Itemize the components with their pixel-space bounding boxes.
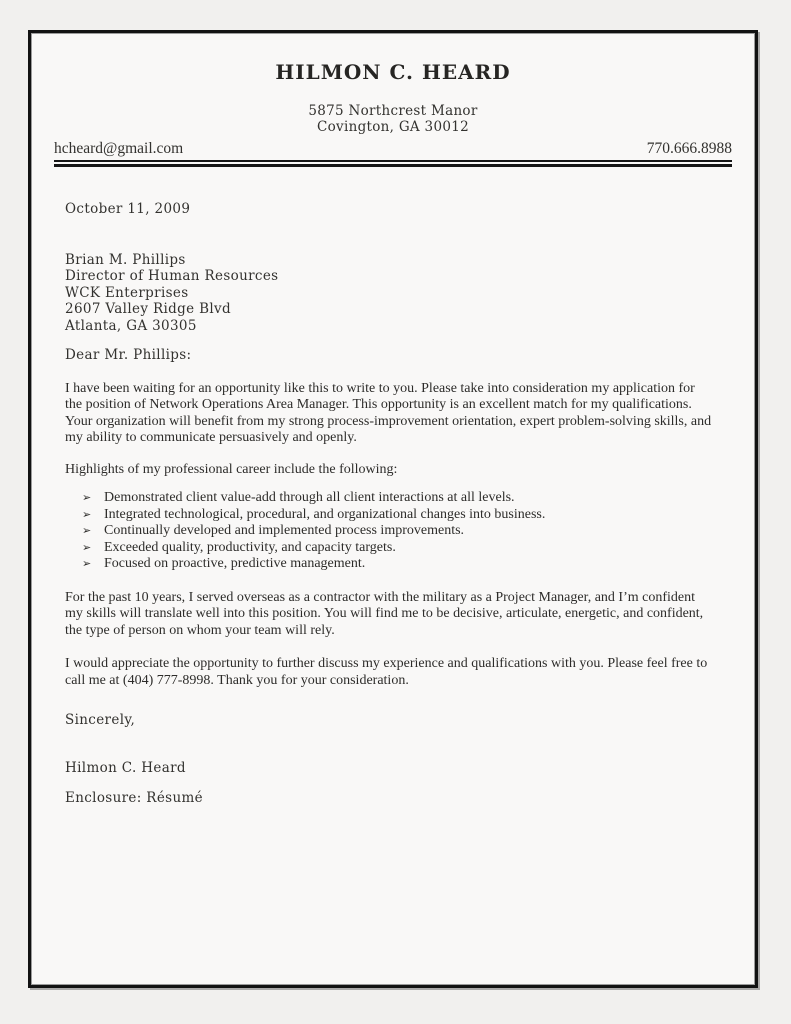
page-content: HILMON C. HEARD 5875 Northcrest Manor Co… [32, 34, 754, 984]
sender-phone: 770.666.8988 [647, 140, 732, 157]
letter-date: October 11, 2009 [65, 201, 712, 218]
list-item: ➢ Demonstrated client value-add through … [65, 490, 712, 507]
arrow-bullet-icon: ➢ [82, 490, 91, 507]
list-item: ➢ Exceeded quality, productivity, and ca… [65, 540, 712, 557]
sender-email: hcheard@gmail.com [54, 140, 183, 157]
arrow-bullet-icon: ➢ [82, 556, 91, 573]
sender-name: HILMON C. HEARD [54, 60, 732, 84]
paragraph-experience: For the past 10 years, I served overseas… [65, 590, 712, 640]
recipient-title: Director of Human Resources [65, 268, 712, 285]
recipient-address-block: Brian M. Phillips Director of Human Reso… [65, 252, 712, 335]
list-item-text: Exceeded quality, productivity, and capa… [104, 540, 396, 555]
enclosure-note: Enclosure: Résumé [65, 790, 712, 807]
recipient-street: 2607 Valley Ridge Blvd [65, 301, 712, 318]
letterhead: HILMON C. HEARD 5875 Northcrest Manor Co… [32, 34, 754, 167]
letterhead-divider-rule [54, 160, 732, 167]
arrow-bullet-icon: ➢ [82, 540, 91, 557]
closing: Sincerely, [65, 712, 712, 729]
list-item-text: Focused on proactive, predictive managem… [104, 556, 365, 571]
letter-page: HILMON C. HEARD 5875 Northcrest Manor Co… [28, 30, 758, 988]
highlights-list: ➢ Demonstrated client value-add through … [65, 490, 712, 573]
recipient-company: WCK Enterprises [65, 285, 712, 302]
salutation: Dear Mr. Phillips: [65, 347, 712, 364]
letter-body: October 11, 2009 Brian M. Phillips Direc… [32, 201, 754, 807]
contact-row: hcheard@gmail.com 770.666.8988 [54, 140, 732, 157]
highlights-intro: Highlights of my professional career inc… [65, 462, 712, 479]
list-item: ➢ Continually developed and implemented … [65, 523, 712, 540]
list-item: ➢ Focused on proactive, predictive manag… [65, 556, 712, 573]
arrow-bullet-icon: ➢ [82, 523, 91, 540]
list-item: ➢ Integrated technological, procedural, … [65, 507, 712, 524]
recipient-name: Brian M. Phillips [65, 252, 712, 269]
sender-address: 5875 Northcrest Manor Covington, GA 3001… [54, 104, 732, 135]
list-item-text: Continually developed and implemented pr… [104, 523, 464, 538]
recipient-city-state: Atlanta, GA 30305 [65, 318, 712, 335]
paragraph-call-to-action: I would appreciate the opportunity to fu… [65, 656, 712, 689]
sender-address-line2: Covington, GA 30012 [54, 120, 732, 136]
sender-address-line1: 5875 Northcrest Manor [54, 104, 732, 120]
list-item-text: Demonstrated client value-add through al… [104, 490, 515, 505]
paragraph-intro: I have been waiting for an opportunity l… [65, 381, 712, 447]
signature-name: Hilmon C. Heard [65, 760, 712, 777]
list-item-text: Integrated technological, procedural, an… [104, 507, 545, 522]
arrow-bullet-icon: ➢ [82, 507, 91, 524]
